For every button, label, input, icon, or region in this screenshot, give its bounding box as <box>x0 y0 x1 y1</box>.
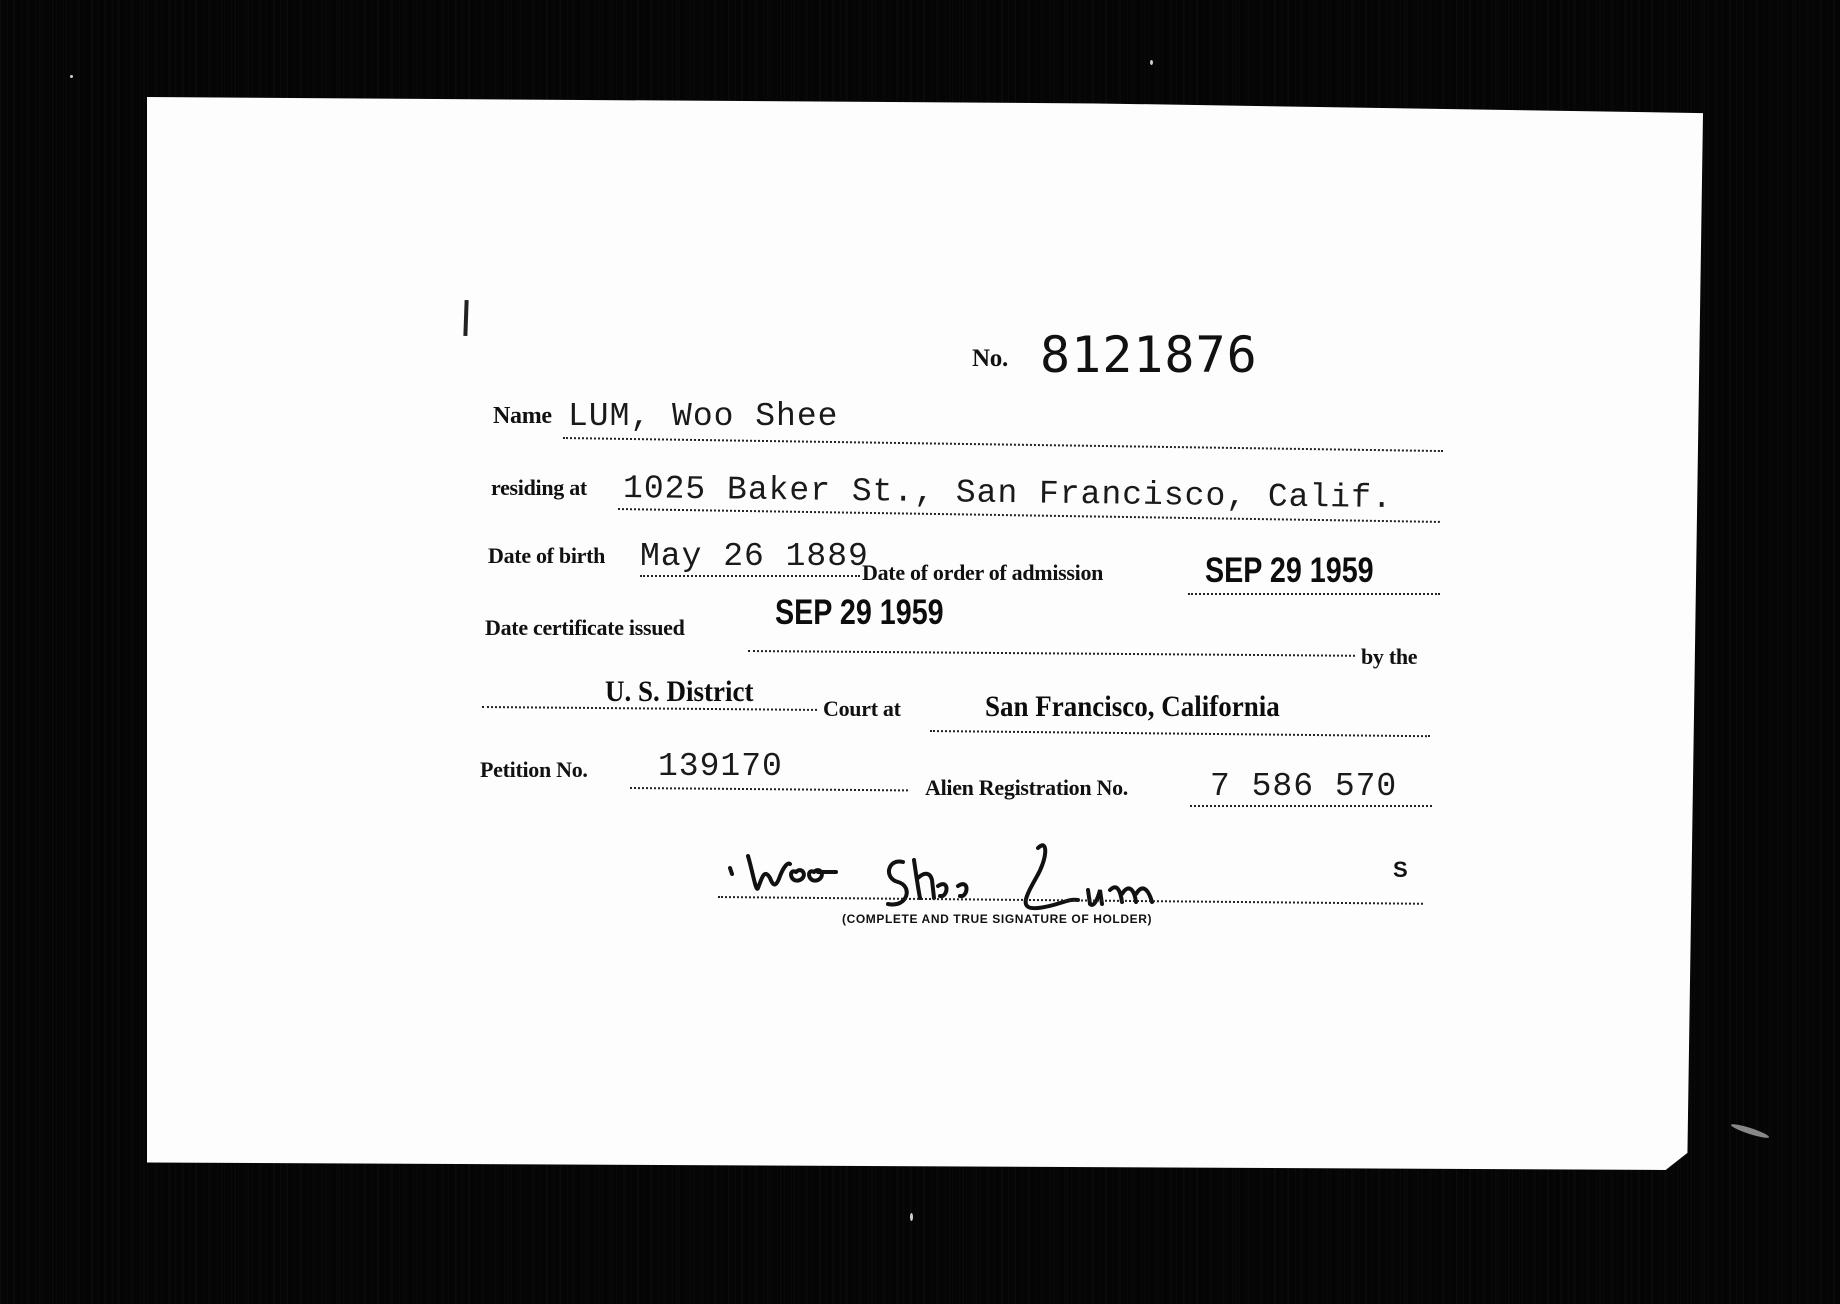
residence-label: residing at <box>491 475 587 501</box>
film-speck <box>1150 60 1153 65</box>
court-at-label: Court at <box>823 696 901 722</box>
petition-no-label: Petition No. <box>480 757 588 783</box>
signature-mark: S <box>1393 857 1408 883</box>
admission-date-stamp: SEP 29 1959 <box>1205 551 1374 591</box>
name-value: LUM, Woo Shee <box>568 398 838 435</box>
film-speck <box>910 1213 913 1221</box>
signature-caption: (COMPLETE AND TRUE SIGNATURE OF HOLDER) <box>842 912 1152 926</box>
certificate-no-label: No. <box>972 345 1008 373</box>
date-of-birth-line <box>640 575 860 577</box>
document-card <box>147 97 1703 1170</box>
alien-registration-value: 7 586 570 <box>1210 768 1397 805</box>
alien-registration-line <box>1190 805 1432 807</box>
date-issued-label: Date certificate issued <box>485 615 685 641</box>
alien-registration-label: Alien Registration No. <box>925 775 1128 801</box>
admission-date-label: Date of order of admission <box>862 560 1103 586</box>
admission-date-line <box>1188 593 1440 595</box>
name-label: Name <box>493 403 552 430</box>
date-of-birth-label: Date of birth <box>488 543 605 569</box>
date-of-birth-value: May 26 1889 <box>640 538 869 575</box>
court-type-value: U. S. District <box>605 675 753 709</box>
certificate-number: 8121876 <box>1040 326 1258 384</box>
court-location-value: San Francisco, California <box>985 690 1280 724</box>
date-issued-stamp: SEP 29 1959 <box>775 593 944 633</box>
by-the-label: by the <box>1361 644 1417 670</box>
film-speck <box>70 75 73 78</box>
petition-no-value: 139170 <box>658 748 783 785</box>
